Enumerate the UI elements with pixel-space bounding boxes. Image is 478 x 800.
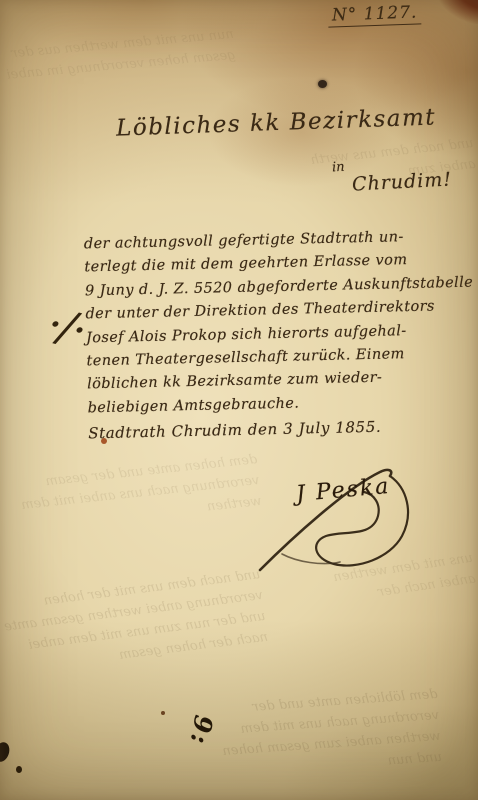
bottom-stain: [0, 620, 478, 800]
ink-spot: [318, 80, 327, 88]
margin-enclosure-mark: ·/·: [42, 298, 90, 356]
top-right-dark-corner: [438, 0, 478, 24]
date-line: Stadtrath Chrudim den 3 July 1855.: [88, 416, 473, 443]
bleed-through-text: dem hohen amte und der gesam verordnung …: [7, 449, 262, 538]
signature-flourish: [252, 458, 442, 588]
salutation-in: in: [332, 160, 345, 176]
letter-heading: Löbliches kk Bezirksamt: [116, 104, 437, 141]
bottom-ink-mark: 9:: [184, 713, 218, 748]
rust-spot: [161, 711, 165, 715]
manuscript-page: nun uns mit dem werthen aus der gesam ho…: [0, 0, 478, 800]
salutation-place: Chrudim!: [351, 168, 452, 195]
letter-body: der achtungsvoll gefertigte Stadtrath un…: [84, 225, 474, 443]
ink-blob: [16, 766, 22, 773]
bleed-through-text: dem löblichen amte und der verordnung na…: [202, 684, 442, 784]
bleed-through-text: und nach dem uns mit der hohen verordnun…: [0, 564, 269, 680]
ink-blob: [0, 740, 12, 763]
bleed-through-text: nun uns mit dem werthen aus der gesam ho…: [0, 24, 236, 86]
document-number: N° 1127.: [328, 2, 422, 27]
rust-spot: [101, 438, 107, 444]
